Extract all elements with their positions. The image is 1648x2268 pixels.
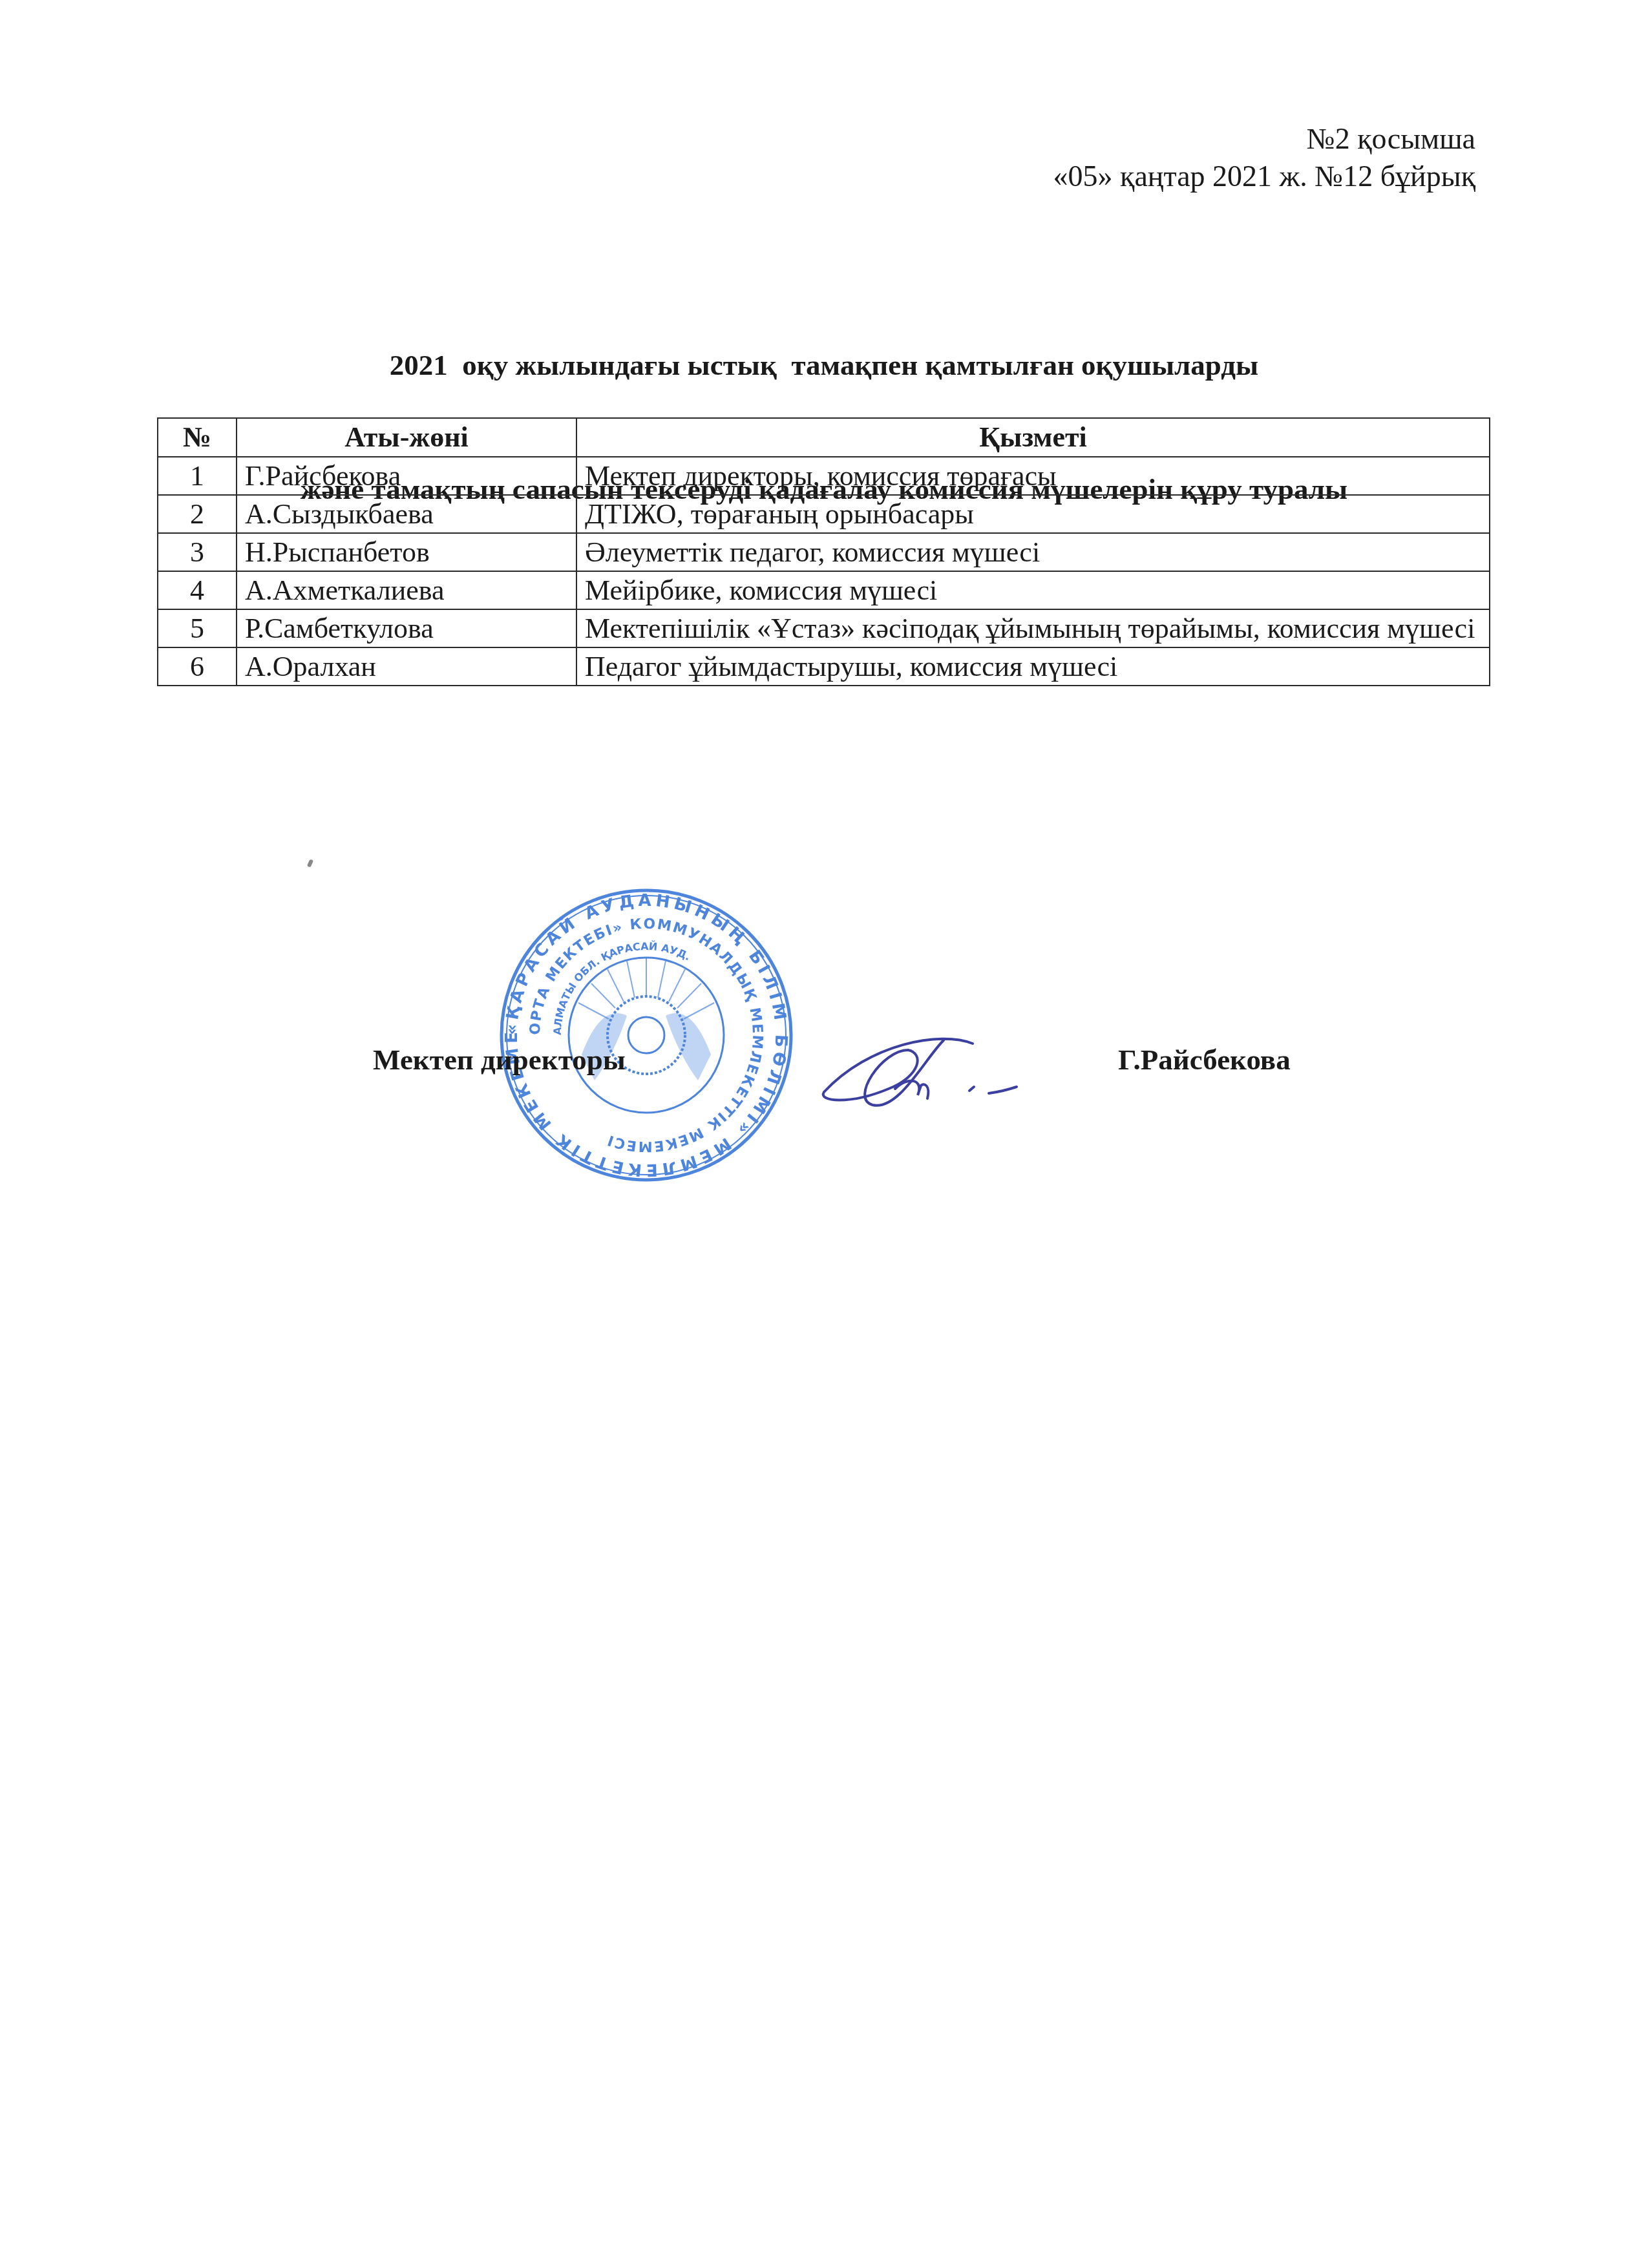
table-row: 2А.СыздыкбаеваДТІЖО, төрағаның орынбасар… bbox=[158, 495, 1490, 533]
row-number: 5 bbox=[158, 609, 237, 647]
member-name: Г.Райсбекова bbox=[237, 457, 576, 495]
member-position: Мектеп директоры, комиссия төрағасы bbox=[576, 457, 1490, 495]
member-position: Педагог ұйымдастырушы, комиссия мүшесі bbox=[576, 647, 1490, 686]
member-name: Р.Самбеткулова bbox=[237, 609, 576, 647]
title-line-1: 2021 оқу жылындағы ыстық тамақпен қамтыл… bbox=[0, 344, 1648, 386]
attachment-number: №2 қосымша bbox=[1053, 120, 1475, 158]
attachment-header: №2 қосымша «05» қаңтар 2021 ж. №12 бұйры… bbox=[1053, 120, 1475, 195]
row-number: 1 bbox=[158, 457, 237, 495]
member-position: ДТІЖО, төрағаның орынбасары bbox=[576, 495, 1490, 533]
table-row: 3Н.РыспанбетовӘлеуметтік педагог, комисс… bbox=[158, 533, 1490, 571]
header-position: Қызметі bbox=[576, 418, 1490, 457]
member-position: Әлеуметтік педагог, комиссия мүшесі bbox=[576, 533, 1490, 571]
header-name: Аты-жөні bbox=[237, 418, 576, 457]
table-row: 4А.АхметкалиеваМейірбике, комиссия мүшес… bbox=[158, 571, 1490, 609]
member-name: А.Сыздыкбаева bbox=[237, 495, 576, 533]
member-position: Мейірбике, комиссия мүшесі bbox=[576, 571, 1490, 609]
row-number: 3 bbox=[158, 533, 237, 571]
member-name: А.Ахметкалиева bbox=[237, 571, 576, 609]
table-row: 6А.ОралханПедагог ұйымдастырушы, комисси… bbox=[158, 647, 1490, 686]
header-number: № bbox=[158, 418, 237, 457]
order-reference: «05» қаңтар 2021 ж. №12 бұйрық bbox=[1053, 158, 1475, 195]
table-row: 5Р.СамбеткуловаМектепішілік «Ұстаз» кәсі… bbox=[158, 609, 1490, 647]
scan-artifact bbox=[307, 859, 314, 867]
signatory-name: Г.Райсбекова bbox=[1118, 1034, 1291, 1086]
table-header-row: № Аты-жөні Қызметі bbox=[158, 418, 1490, 457]
row-number: 4 bbox=[158, 571, 237, 609]
table-row: 1Г.РайсбековаМектеп директоры, комиссия … bbox=[158, 457, 1490, 495]
member-name: А.Оралхан bbox=[237, 647, 576, 686]
member-position: Мектепішілік «Ұстаз» кәсіподақ ұйымының … bbox=[576, 609, 1490, 647]
handwritten-signature-icon bbox=[811, 1014, 1083, 1111]
member-name: Н.Рыспанбетов bbox=[237, 533, 576, 571]
commission-members-table: № Аты-жөні Қызметі 1Г.РайсбековаМектеп д… bbox=[157, 417, 1490, 686]
row-number: 2 bbox=[158, 495, 237, 533]
signatory-title: Мектеп директоры bbox=[373, 1034, 626, 1086]
row-number: 6 bbox=[158, 647, 237, 686]
